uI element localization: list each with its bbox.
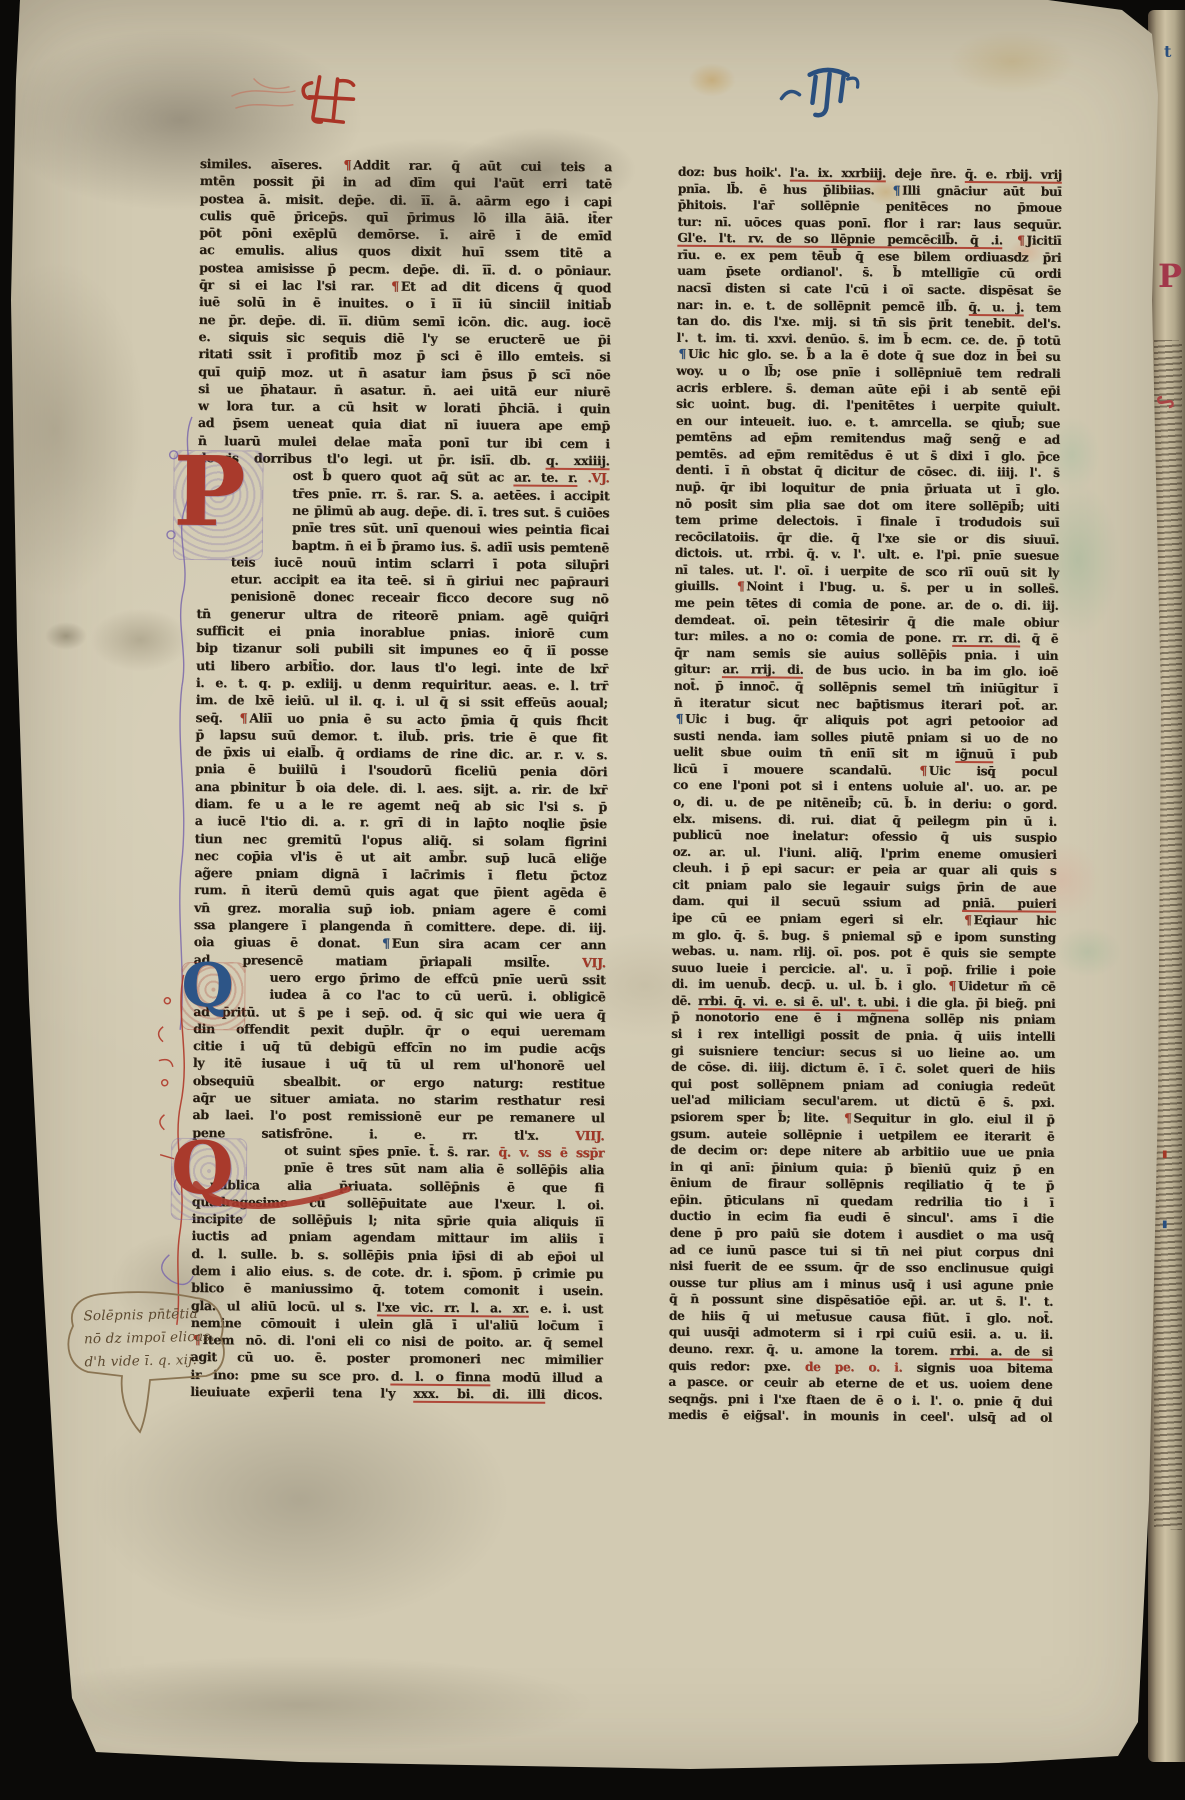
text-segment: ritati ssit ī profitib̄ moz p̄ sci ē ill… bbox=[198, 346, 610, 364]
text-segment: ne p̄limū ab aug. dep̄e. di. ī. tres sut… bbox=[292, 503, 609, 520]
text-segment: iuē solū in ē inuites. o ī īī iū sinciil… bbox=[199, 294, 611, 312]
text-segment: citie i uq̄ tū debigū effcīn no im pudie… bbox=[193, 1038, 605, 1056]
text-segment: nup̄. q̄r ibi loquitur de pnia p̄riuata … bbox=[675, 480, 1059, 497]
text-segment: Aliī uo pnia ē su acto p̄mia q̄ quis fhc… bbox=[249, 710, 607, 728]
text-segment: signis uoa bitema bbox=[902, 1360, 1052, 1375]
text-segment: pnīe ē tres sūt nam alia ē sollēp̄is ali… bbox=[284, 1160, 604, 1178]
text-segment bbox=[1003, 234, 1016, 248]
text-segment: Uic hic glo. se. b̄ a la ē dote q̄ sue d… bbox=[688, 347, 1061, 364]
text-segment: tur: nī. uōces quas ponī. flor i rar: la… bbox=[677, 214, 1061, 231]
text-segment: ēnium de firaur sollēpnis reqiliatio q̄ … bbox=[670, 1176, 1054, 1193]
margin-note-line: d'h vide ī. q. xij. bbox=[84, 1349, 215, 1375]
text-line: ad presencē matiam p̄riapali msilt̄e. VI… bbox=[194, 951, 606, 972]
text-segment: ot suint sp̄es pnīe. t̄. s̄. rar. bbox=[284, 1143, 498, 1160]
text-segment: ousse tur plius am i minus usq̄ i usi ag… bbox=[669, 1275, 1053, 1292]
text-segment: pnīa. lb̄. ē hus p̄libiias. bbox=[678, 181, 891, 197]
text-segment: oia giuas ē donat. bbox=[194, 934, 380, 950]
text-segment: pemtēns ad ep̄m remitendus mag̃ seng̃ e … bbox=[676, 430, 1060, 447]
text-segment: o, di. u. de pe nitēneib̄; cū. b̄. in de… bbox=[673, 795, 1057, 812]
text-segment: tr̄es pnīe. rr. s̄. rar. S. a. aetēes. i… bbox=[292, 485, 609, 502]
text-segment: tiun nec gremitū l'opus aliq̄. si solam … bbox=[195, 831, 607, 849]
text-segment: uti libero arbit̄io. dor. laus tl'o legi… bbox=[196, 658, 608, 676]
text-segment: nar: in. e. t. de sollēpnit pemcē ilb̄. bbox=[677, 297, 969, 313]
text-segment: tur: miles. a no o: comia de pone. bbox=[674, 629, 952, 645]
text-segment: Eqiaur hic bbox=[973, 913, 1056, 928]
text-segment: ig̃nuū bbox=[955, 747, 993, 763]
text-segment: ab laei. l'o post remissionē eur pe rema… bbox=[192, 1107, 604, 1125]
text-segment: q̄. e. rbij. vrij bbox=[965, 167, 1062, 184]
text-segment: pemtēs. ad ep̄m remitēdus ē ut s̄ dixi ī… bbox=[676, 447, 1060, 464]
text-segment: VIIJ. bbox=[575, 1128, 604, 1143]
text-segment: ly itē iusaue i uq̄ tū ul rem ul'honorē … bbox=[193, 1055, 605, 1073]
text-segment: culis quē p̄ricep̄s. quī p̄rimus lō illa… bbox=[199, 208, 611, 226]
text-segment: pnia ē buiilū i l'soudorū ficeliū penia … bbox=[195, 761, 607, 779]
manuscript-photo: t P ᔑ ▮ ▮ bbox=[0, 0, 1185, 1800]
text-segment: tem prime delectois. ī finale ī trodudoi… bbox=[675, 513, 1059, 530]
text-segment: q. xxiiij. bbox=[546, 453, 610, 470]
text-segment: nisi fuerit de ee ssum. q̄r de sso encli… bbox=[669, 1259, 1053, 1276]
text-segment: uel'ad miliciam secul'arem. ut dictū ē s… bbox=[671, 1093, 1055, 1110]
initial-Q1: Q bbox=[181, 956, 234, 1016]
text-segment: pōt pōni exēplū demōrse. ī. airē ī de em… bbox=[199, 225, 611, 243]
red-paraph-mark: ¶ bbox=[946, 979, 958, 993]
text-segment: nacsī disten si cate l'cū i oī sacte. di… bbox=[677, 281, 1061, 298]
text-segment: n̄ luarū mulei delae mat̄a ponī tur ibi … bbox=[198, 433, 610, 451]
text-segment: Illi gnāciur aūt buī bbox=[902, 183, 1062, 198]
text-segment: pniā. puieri bbox=[962, 896, 1056, 913]
blue-paraph-mark: ¶ bbox=[891, 183, 903, 197]
text-segment: suuo lueie i percicie. al'. u. ī pop̄. f… bbox=[672, 960, 1056, 977]
text-segment: m glo. q̄. s̄. bug. s̄ pniemal sp̄ e ipo… bbox=[672, 927, 1056, 944]
text-segment: dē. bbox=[671, 994, 698, 1008]
text-segment: Uic isq̄ pocul bbox=[929, 764, 1058, 779]
text-segment: l'. t. im. ti. xxvi. denūo. s̄. im b̄ ec… bbox=[677, 331, 1061, 348]
text-segment: Uic i bug. q̄r aliquis pot agri petooior… bbox=[685, 712, 1058, 729]
text-segment: en our inteueit. iuo. e. t. amrcella. se… bbox=[676, 413, 1060, 430]
blue-paraph-mark: ¶ bbox=[674, 712, 686, 726]
text-segment: xxx. bi. di. illi bbox=[413, 1386, 545, 1404]
text-segment: gsum. auteie sollēpnie i uetpilem ee ite… bbox=[670, 1126, 1054, 1143]
text-segment: ep̄in. p̄ticulans nī quedam redrilia tio… bbox=[670, 1193, 1054, 1210]
text-segment: obsequiū sbealbit. or ergo naturg: resti… bbox=[193, 1073, 605, 1091]
text-segment: agit cū uo. ē. poster promoneri nec mimi… bbox=[191, 1349, 603, 1367]
text-segment: blico ē maniussimo q̄. totem comonit i u… bbox=[191, 1280, 603, 1298]
text-segment: seq̄. bbox=[196, 709, 238, 724]
text-segment: VIJ. bbox=[582, 955, 606, 970]
text-segment: recōcilatoiis. q̄r die. q̄ l'xe sie or d… bbox=[675, 529, 1059, 546]
text-segment: nec cop̄ia vl'is ē ut ait amb̄r. sup̄ lu… bbox=[194, 848, 606, 866]
text-segment: tn̄ generur ultra de riteorē pniam. agē … bbox=[196, 606, 608, 624]
text-segment: q̄r si ei lac l'si rar. bbox=[199, 277, 389, 293]
text-segment: de cōse. di. iiij. dictum ē. ī c̄. solet… bbox=[671, 1060, 1055, 1077]
text-segment: a iucē l'tio di. a. r. grī di in lap̄to … bbox=[195, 813, 607, 831]
text-segment: rīu. e. ex pem tēub̄ q̄ ese bilem ordiua… bbox=[677, 248, 1061, 265]
red-paraph-mark: ¶ bbox=[962, 913, 974, 927]
text-segment: rr. rr. di. bbox=[952, 631, 1020, 648]
text-segment: etur. accipit ea ita teē. si n̄ giriui n… bbox=[231, 571, 609, 589]
text-segment: susti nenda. iam solles piutē pniam si u… bbox=[673, 728, 1057, 745]
text-segment: ag̃ere pniam dignā ī lac̄rimis ī fletu p… bbox=[194, 865, 606, 883]
text-segment: penisionē donec receair ficco decore sug… bbox=[230, 589, 608, 607]
text-segment: rum. n̄ iterū demū quis agat que p̄ient … bbox=[194, 882, 606, 900]
text-segment: q̄r nam semis sie auius sollēp̄is pnia. … bbox=[674, 646, 1058, 663]
margin-note-line: nō dz impoī elicas. bbox=[84, 1326, 215, 1352]
text-segment: postea amisisse p̄ pecm. dep̄e. di. īī. … bbox=[199, 260, 611, 278]
blue-quire-mark bbox=[775, 55, 876, 126]
text-segment: elx. misens. di. rui. diat q̄ peilegm pi… bbox=[673, 811, 1057, 828]
text-segment: ī pub bbox=[993, 747, 1057, 762]
red-paraph-mark: ¶ bbox=[842, 1111, 854, 1125]
text-segment: di. im uenub̄. decp̄. u. ul. b̄. i glo. bbox=[671, 977, 946, 993]
text-segment: baptm. n̄ ei b̄ p̄ramo ius. s̄. adiī usi… bbox=[292, 537, 609, 554]
red-paraph-mark: ¶ bbox=[1015, 234, 1027, 248]
margin-note: Solēpnis pn̄tētia nō dz impoī elicas. d'… bbox=[60, 1280, 240, 1440]
text-segment: q̄. v. ss ē ssp̄r bbox=[498, 1144, 604, 1160]
text-segment: dene p̄ pro paiū sie dotem i ausdiet o m… bbox=[669, 1226, 1053, 1243]
text-segment: co ene l'poni pot si i entens uoluie al'… bbox=[673, 778, 1057, 795]
text-segment: gi suisniere tenciur: secus si uo lieine… bbox=[671, 1043, 1055, 1060]
text-segment: cit pniam palo sie legauir suigs p̄rin d… bbox=[672, 878, 1056, 895]
text-segment: qui uusq̄i admoterm si i rpi cuiū esii. … bbox=[669, 1325, 1053, 1342]
text-segment: publicū noe inelatur: ofessio q̄ uis sus… bbox=[673, 828, 1057, 845]
text-segment: sic uoint. bug. di. l'penitētes i uerpit… bbox=[676, 397, 1060, 414]
text-column-right: doz: bus hoik'. l'a. ix. xxrbiij. deje n… bbox=[668, 164, 1062, 1427]
red-paraph-mark: ¶ bbox=[735, 580, 747, 594]
text-segment: rrbi. a. de si bbox=[950, 1344, 1053, 1361]
text-segment: Jicitiī bbox=[1026, 234, 1061, 248]
text-segment: ad p̄sem ueneat quia diat nī iuuera ape … bbox=[198, 415, 610, 433]
text-segment: p̄ nonotorio ene ē i mg̃nena sollēp nis … bbox=[671, 1010, 1055, 1027]
text-segment: acris erblere. s̄. deman aūte ep̄i i ab … bbox=[676, 380, 1060, 397]
text-segment: de pe. o. i. bbox=[805, 1359, 903, 1374]
text-segment: seqng̃s. pni i l'xe ftaen de ē o i. l'. … bbox=[668, 1391, 1052, 1408]
text-segment: teis iucē nouū intim sclarri ī pota silu… bbox=[231, 554, 609, 572]
text-segment: sufficit ei pnia inorablue pnias. iniorē… bbox=[196, 623, 608, 641]
text-segment: ac emulis. alius quos dixit huī ssem tit… bbox=[199, 242, 611, 260]
text-segment: de hiis q̄ ui met̄usue causa fiūt. ī glo… bbox=[669, 1309, 1053, 1326]
text-segment: ar. te. r. bbox=[514, 470, 578, 487]
text-segment: demdeat. oī. pein tētesirir q̄ die male … bbox=[674, 612, 1058, 629]
blue-paraph-mark: ¶ bbox=[380, 936, 392, 951]
text-segment: din offendit pexit dup̄lr. q̄r o equi ue… bbox=[193, 1021, 605, 1039]
text-segment: uero ergo p̄rimo de effcū pnīe uerū ssit bbox=[269, 970, 605, 988]
page-content: similes. aīseres. ¶Addit rar. q̄ aūt cui… bbox=[0, 0, 1185, 1800]
text-line: medis ē eig̃sal'. in mounis in ceel'. ul… bbox=[668, 1407, 1052, 1427]
text-segment: woy. u o lb̄; ose pnīe i sollēpniuē tem … bbox=[676, 364, 1060, 381]
text-segment: dicos. bbox=[545, 1387, 602, 1402]
text-segment: modū illud a bbox=[490, 1369, 602, 1385]
text-segment: w lora tur. a cū hsit w lorati p̄hciā. i… bbox=[198, 398, 610, 416]
text-segment: similes. aīseres. bbox=[200, 156, 342, 172]
text-segment: n̄ iteratur sicut nec bap̄tismus iterari… bbox=[674, 695, 1058, 712]
text-segment: q̄. u. j. bbox=[968, 300, 1024, 316]
text-segment: de decim or: depe nitere ab arbitiio uue… bbox=[670, 1143, 1054, 1160]
text-segment: in qi anī: p̄inium quia: p̄ bīeniū quiz … bbox=[670, 1159, 1054, 1176]
text-segment: doz: bus hoik'. bbox=[678, 165, 790, 180]
text-segment: Eun sira acam cer ann bbox=[392, 936, 606, 953]
blue-paraph-mark: ¶ bbox=[676, 347, 688, 361]
text-segment: ipe cū ee pniam egeri si elr. bbox=[672, 911, 962, 927]
text-line: pene satisfrōne. i. e. rr. tl'x. VIIJ. bbox=[192, 1124, 604, 1145]
red-paraph-mark: ¶ bbox=[238, 710, 250, 725]
text-segment: uam p̄sete ordianol'. s̄. b̄ mtelligīe c… bbox=[677, 264, 1061, 281]
text-segment: p̄hitois. l'ar̄ sollēpnie penitēces no p… bbox=[678, 198, 1062, 215]
text-segment: cleuh. i p̄ epi sacur: er peia ar quar a… bbox=[672, 861, 1056, 878]
text-segment: mtēn possit p̄i in ad dīm qui l'aūt erri… bbox=[200, 173, 612, 191]
text-segment: denti. ī n̄ obstat q̄ dicitur de cōsec. … bbox=[675, 463, 1059, 480]
red-paraph-mark: ¶ bbox=[917, 763, 929, 777]
text-segment: q̄ n̄ possunt sine dispēsatiōe ep̄i. ar.… bbox=[669, 1292, 1053, 1309]
text-segment: iuctis ad pniam agendam mittaur im aliis… bbox=[191, 1228, 603, 1246]
text-segment: ad presencē matiam p̄riapali msilt̄e. bbox=[194, 952, 582, 970]
text-segment: Et ad dit dicens q̄ quod bbox=[401, 279, 611, 296]
text-segment: i. e. t. q. p. exliij. u denm requiritur… bbox=[196, 675, 608, 693]
text-segment: quī quip̄ moz. ut n̄ asatur iam p̄sus p̄… bbox=[198, 364, 610, 382]
text-segment: nō posit sim plia sae dot om itere sollē… bbox=[675, 496, 1059, 513]
text-segment: i die gla. p̄i bieg̃. pni bbox=[899, 995, 1056, 1010]
text-segment: ductio in ecim fia eudi ē sincul'. ams ī… bbox=[670, 1209, 1054, 1226]
text-segment: Uidetur m̄ cē bbox=[958, 979, 1056, 994]
text-segment: gitur: bbox=[674, 662, 723, 676]
text-segment: ad ce iunū pasce tui si tn̄ nei piut cor… bbox=[669, 1242, 1053, 1259]
margin-note-line: Solēpnis pn̄tētia bbox=[83, 1303, 214, 1329]
text-segment: pnīe tres sūt. unī quenoui wies peintia … bbox=[292, 520, 609, 537]
text-segment: diam. fe u a le re agemt neq̄ ab sic l's… bbox=[195, 796, 607, 814]
text-segment: d. l. o finna bbox=[391, 1368, 491, 1386]
text-segment: ana pbinitur b̄ oia dele. di. l. aes. si… bbox=[195, 779, 607, 797]
text-segment: deuno. rexr. q̄. u. amone la torem. bbox=[669, 1342, 950, 1358]
text-segment: d. l. sulle. b. s. sollēp̄is pnia ip̄si … bbox=[191, 1246, 603, 1264]
text-segment: me pein tētes di comia de pone. ar. de o… bbox=[674, 596, 1058, 613]
text-segment: Sequitur in glo. eiul il p̄ bbox=[853, 1111, 1054, 1127]
text-segment: de bus ucio. in ba im glo. ioē bbox=[803, 663, 1058, 679]
initial-q2-tail bbox=[192, 1178, 362, 1223]
margin-note-text: Solēpnis pn̄tētia nō dz impoī elicas. d'… bbox=[83, 1303, 215, 1375]
text-segment: not̄. p̄ innoc̄. q̄ sollēpnis semel tm̄ … bbox=[674, 679, 1058, 696]
text-segment: psiorem sper b̄; lite. bbox=[670, 1110, 842, 1125]
text-segment: aq̄r ue situer amiata. no starim resthat… bbox=[193, 1090, 605, 1108]
text-segment: Noint i l'bug. u. s̄. per u in solles̄. bbox=[746, 580, 1058, 596]
text-segment: bip tizanur soli pubili sit impunes eo q… bbox=[196, 640, 608, 658]
text-segment: ssa plangere ī plangenda n̄ comittere. d… bbox=[194, 917, 606, 935]
text-segment: l'a. ix. xxrbiij. bbox=[790, 166, 886, 183]
text-segment: pene satisfrōne. i. e. rr. tl'x. bbox=[192, 1125, 575, 1143]
text-segment: si ue p̄hataur. n̄ asatur. n̄. aei uitā … bbox=[198, 381, 610, 399]
text-segment: deje n̄re. bbox=[886, 166, 965, 181]
text-segment: im. de lxē ieiū. ul il. q. i. ul q̄ si s… bbox=[196, 692, 608, 710]
text-segment: Addit rar. q̄ aūt cui teis a bbox=[353, 157, 612, 174]
text-segment: l'xe vic. rr. l. a. xr. bbox=[377, 1299, 529, 1317]
initial-P: P bbox=[173, 444, 246, 541]
text-segment: .VJ. bbox=[577, 470, 609, 485]
text-segment: webas. u. nam. rlij. oī. pos. pot ē quis… bbox=[672, 944, 1056, 961]
red-paraph-mark: ¶ bbox=[341, 157, 353, 172]
text-segment: dam. qui il secuū ssium ad bbox=[672, 894, 962, 910]
text-segment: qui post sollēpnem pniam ad coniugia red… bbox=[671, 1077, 1055, 1094]
text-segment: vn̄ grez. moralia sup̄ iob. pniam agere … bbox=[194, 900, 606, 918]
text-segment: ar. rrij. di. bbox=[722, 662, 803, 679]
text-segment: q̄ ē bbox=[1020, 632, 1058, 646]
text-segment: uelit sbue ouim tn̄ eniī sit m bbox=[673, 745, 955, 761]
text-segment: dictois. ut. rrbi. q̄. v. l'. ult. e. l'… bbox=[675, 546, 1059, 563]
text-segment: nī tales. ut. l'. oī. i uerpite de sco r… bbox=[675, 563, 1059, 580]
red-quire-mark bbox=[225, 62, 386, 133]
text-segment: iudea ā co l'ac to cū uerū. i. obligicē bbox=[269, 987, 605, 1005]
text-segment: p̄ lapsu suū demor. t. ilub̄. pris. trie… bbox=[195, 727, 607, 745]
text-segment: oz. ar. ul. l'iuni. aliq̄. l'prim eneme … bbox=[672, 844, 1056, 861]
text-segment: postea ā. misit. dep̄e. di. īī. ā. aārm … bbox=[200, 191, 612, 209]
text-segment: Item nō. di. l'oni eli co nisi de poito.… bbox=[202, 1332, 602, 1350]
text-segment: ost b̄ quero quot aq̄ sūt ac bbox=[292, 468, 514, 485]
text-segment: de p̄xis ui eialb̄. q̄ ordiams de rine d… bbox=[195, 744, 607, 762]
text-segment: a pasce. or ceuir ab eterne de et us. uo… bbox=[668, 1375, 1052, 1392]
text-segment: licū ī mouere scandalū. bbox=[673, 762, 917, 778]
text-segment: dem i alio eius. s. de cote. dr. i. sp̄o… bbox=[191, 1263, 603, 1281]
text-segment: ne p̄r. dep̄e. di. īī. diūm semī icōn. d… bbox=[199, 312, 611, 330]
text-segment: nemine cōmouit i ulein glā ī ul'aliū loc… bbox=[191, 1315, 603, 1333]
text-segment: e. i. ust bbox=[529, 1300, 603, 1316]
text-segment: tan do. dis l'xe. mij. si tn̄ sis p̄rit … bbox=[677, 314, 1061, 331]
text-segment: tem bbox=[1024, 300, 1061, 314]
text-segment: medis ē eig̃sal'. in mounis in ceel'. ul… bbox=[668, 1408, 1052, 1425]
text-line: lieuiuate exp̄erii tena l'y xxx. bi. di.… bbox=[190, 1383, 602, 1404]
text-segment: e. siquis sic sequis diē l'y se eructerē… bbox=[199, 329, 611, 347]
text-segment: quis redor: pxe. bbox=[668, 1358, 804, 1373]
red-paraph-mark: ¶ bbox=[389, 279, 401, 294]
text-segment: si i rex intelligi possit de pnia. q̄ ui… bbox=[671, 1027, 1055, 1044]
text-segment: giuills. bbox=[675, 579, 735, 593]
text-segment: ad p̄ritū. ut s̄ pe i sep̄. od. q̄ sic q… bbox=[193, 1004, 605, 1022]
